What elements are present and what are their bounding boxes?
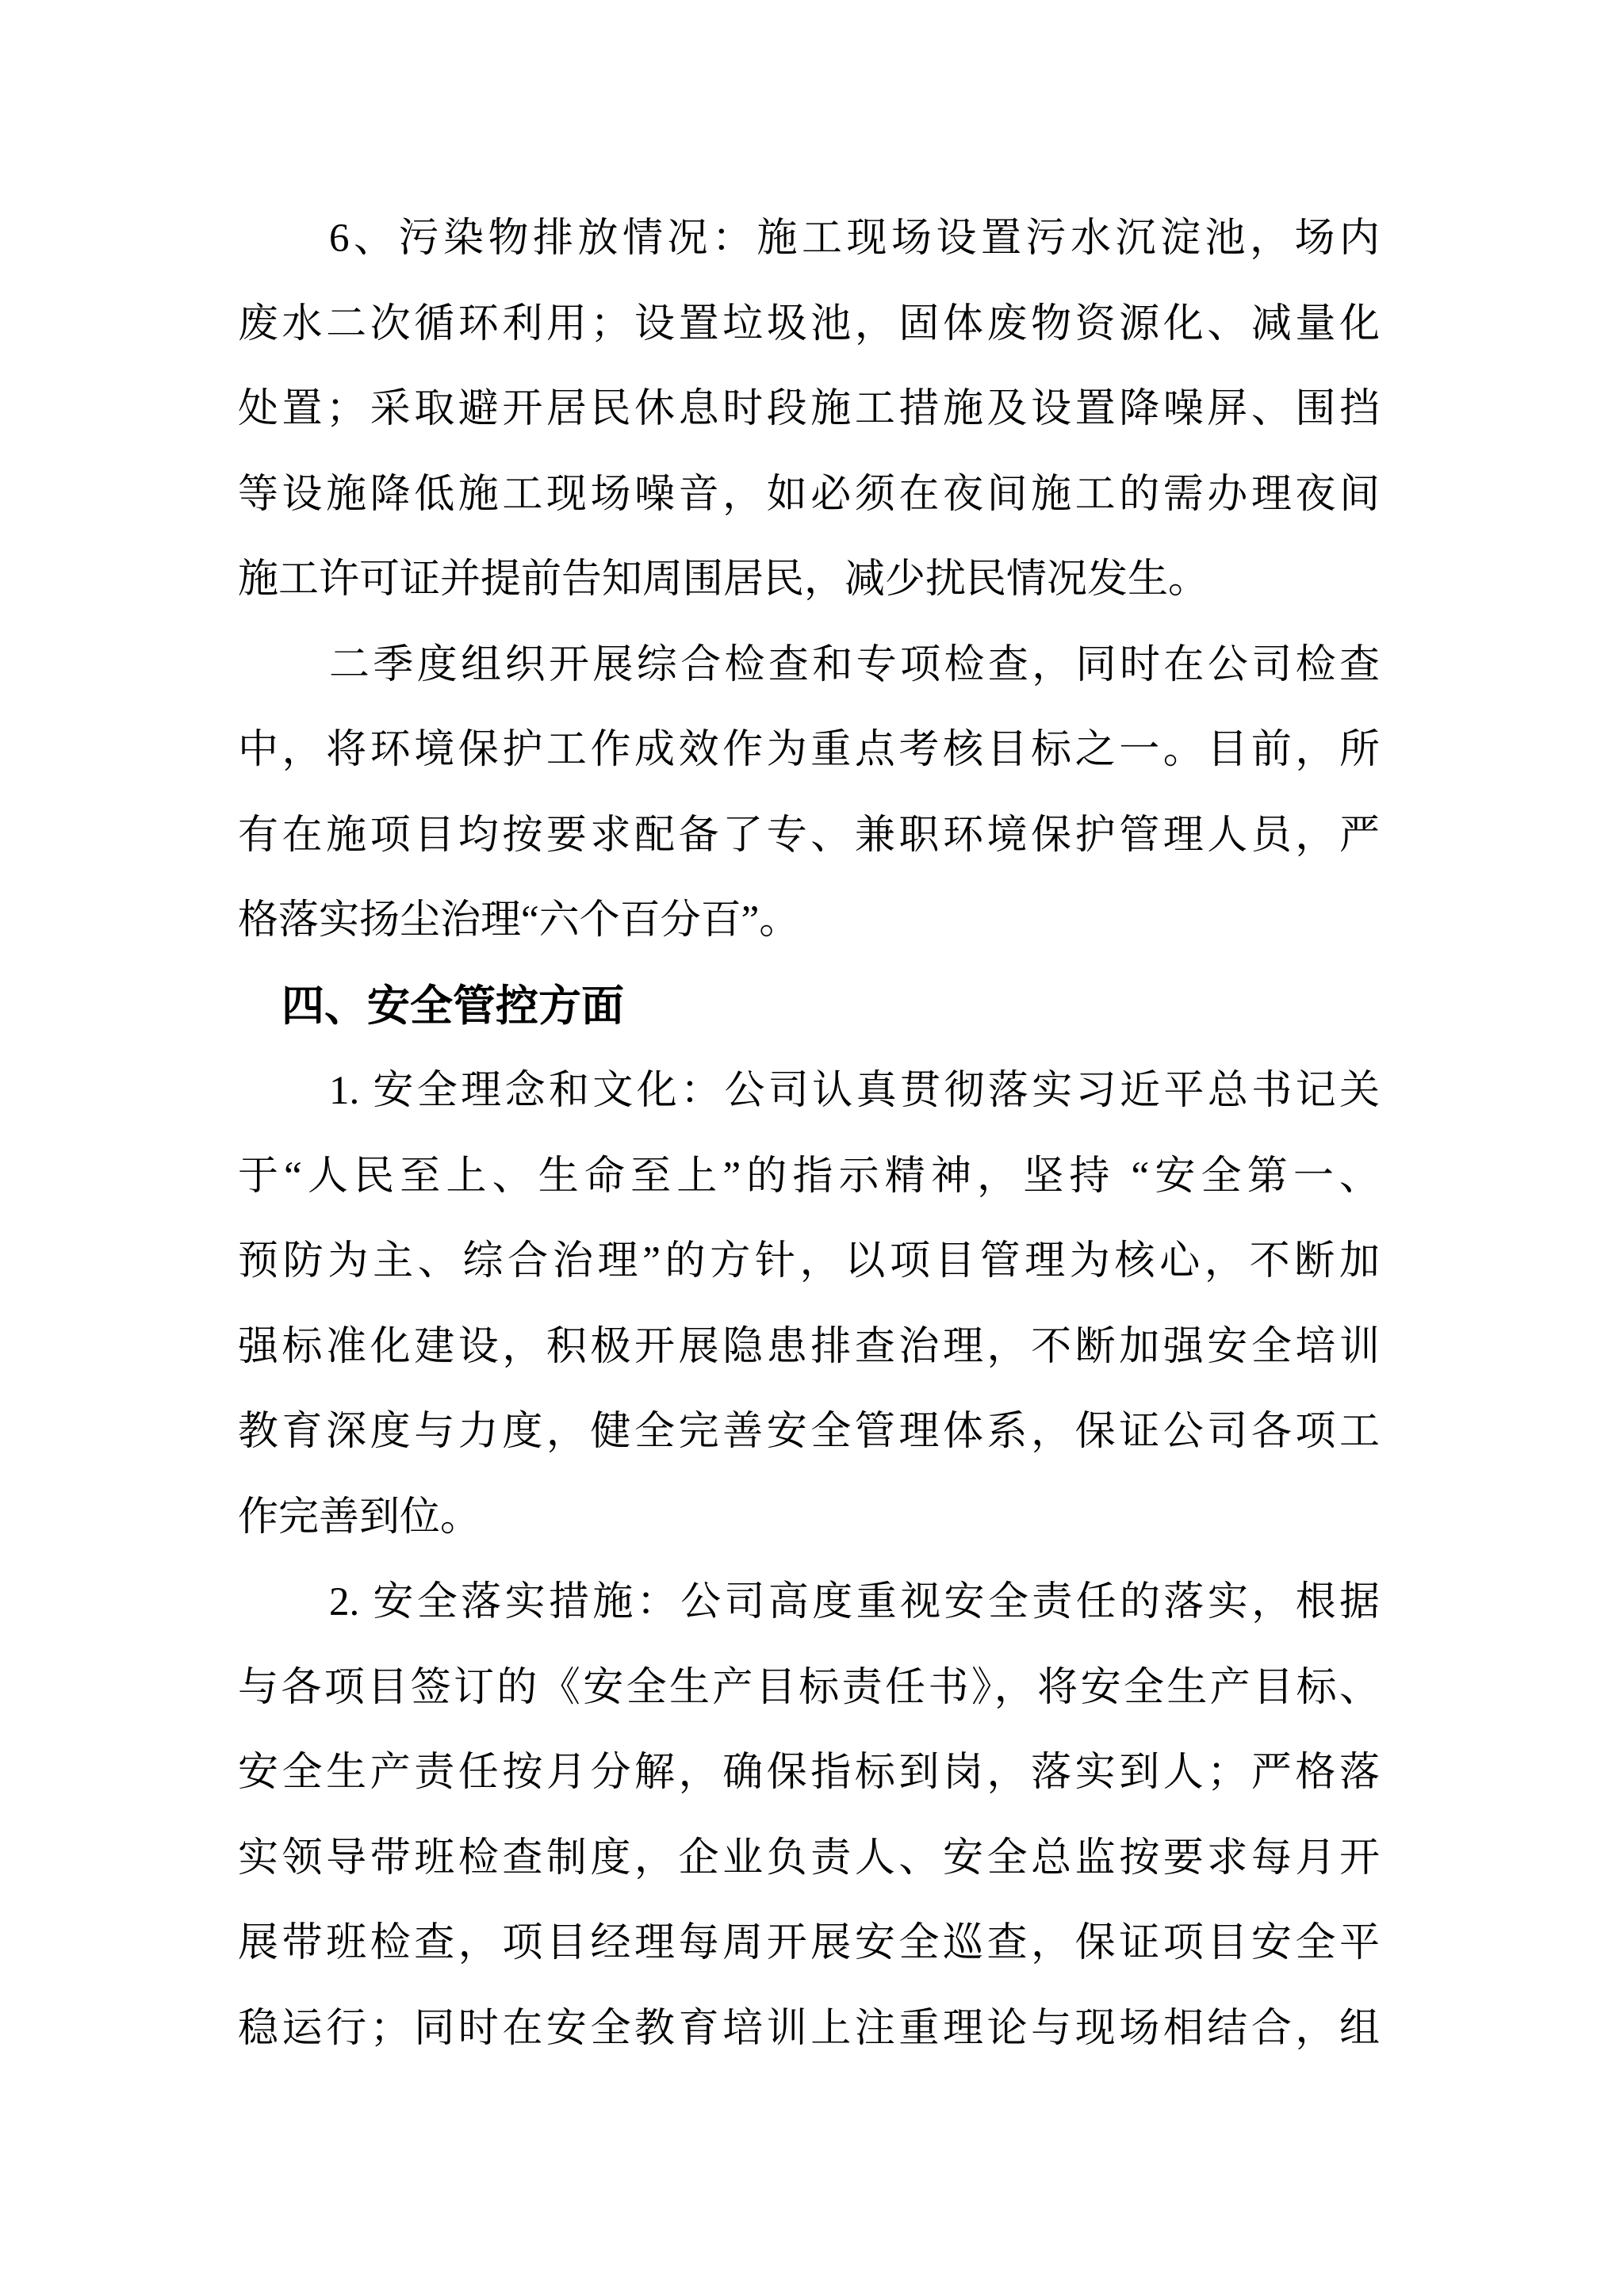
- text-line: 预防为主、综合治理”的方针，以项目管理为核心，不断加: [238, 1219, 1380, 1305]
- text-line: 展带班检查，项目经理每周开展安全巡查，保证项目安全平: [238, 1901, 1380, 1987]
- text-line: 施工许可证并提前告知周围居民，减少扰民情况发生。: [238, 538, 1380, 623]
- text-line: 二季度组织开展综合检查和专项检查，同时在公司检查: [238, 623, 1380, 709]
- text-line: 废水二次循环利用；设置垃圾池，固体废物资源化、减量化: [238, 282, 1380, 368]
- document-text-block: 6、污染物排放情况：施工现场设置污水沉淀池，场内 废水二次循环利用；设置垃圾池，…: [238, 197, 1380, 2072]
- text-line: 中，将环境保护工作成效作为重点考核目标之一。目前，所: [238, 708, 1380, 794]
- text-line: 强标准化建设，积极开展隐患排查治理，不断加强安全培训: [238, 1305, 1380, 1391]
- document-page: 6、污染物排放情况：施工现场设置污水沉淀池，场内 废水二次循环利用；设置垃圾池，…: [0, 0, 1624, 2296]
- text-line: 稳运行；同时在安全教育培训上注重理论与现场相结合，组: [238, 1987, 1380, 2072]
- section-heading: 四、安全管控方面: [238, 964, 1380, 1050]
- text-line: 2. 安全落实措施：公司高度重视安全责任的落实，根据: [238, 1560, 1380, 1646]
- text-line: 格落实扬尘治理“六个百分百”。: [238, 878, 1380, 964]
- text-line: 1. 安全理念和文化：公司认真贯彻落实习近平总书记关: [238, 1049, 1380, 1135]
- text-line: 6、污染物排放情况：施工现场设置污水沉淀池，场内: [238, 197, 1380, 282]
- text-line: 等设施降低施工现场噪音，如必须在夜间施工的需办理夜间: [238, 453, 1380, 538]
- text-line: 安全生产责任按月分解，确保指标到岗，落实到人；严格落: [238, 1731, 1380, 1816]
- text-line: 实领导带班检查制度，企业负责人、安全总监按要求每月开: [238, 1816, 1380, 1902]
- text-line: 与各项目签订的《安全生产目标责任书》，将安全生产目标、: [238, 1646, 1380, 1732]
- text-line: 教育深度与力度，健全完善安全管理体系，保证公司各项工: [238, 1390, 1380, 1475]
- text-line: 处置；采取避开居民休息时段施工措施及设置降噪屏、围挡: [238, 367, 1380, 453]
- text-line: 作完善到位。: [238, 1475, 1380, 1561]
- text-line: 有在施项目均按要求配备了专、兼职环境保护管理人员，严: [238, 794, 1380, 879]
- text-line: 于“人民至上、生命至上”的指示精神，坚持 “安全第一、: [238, 1135, 1380, 1220]
